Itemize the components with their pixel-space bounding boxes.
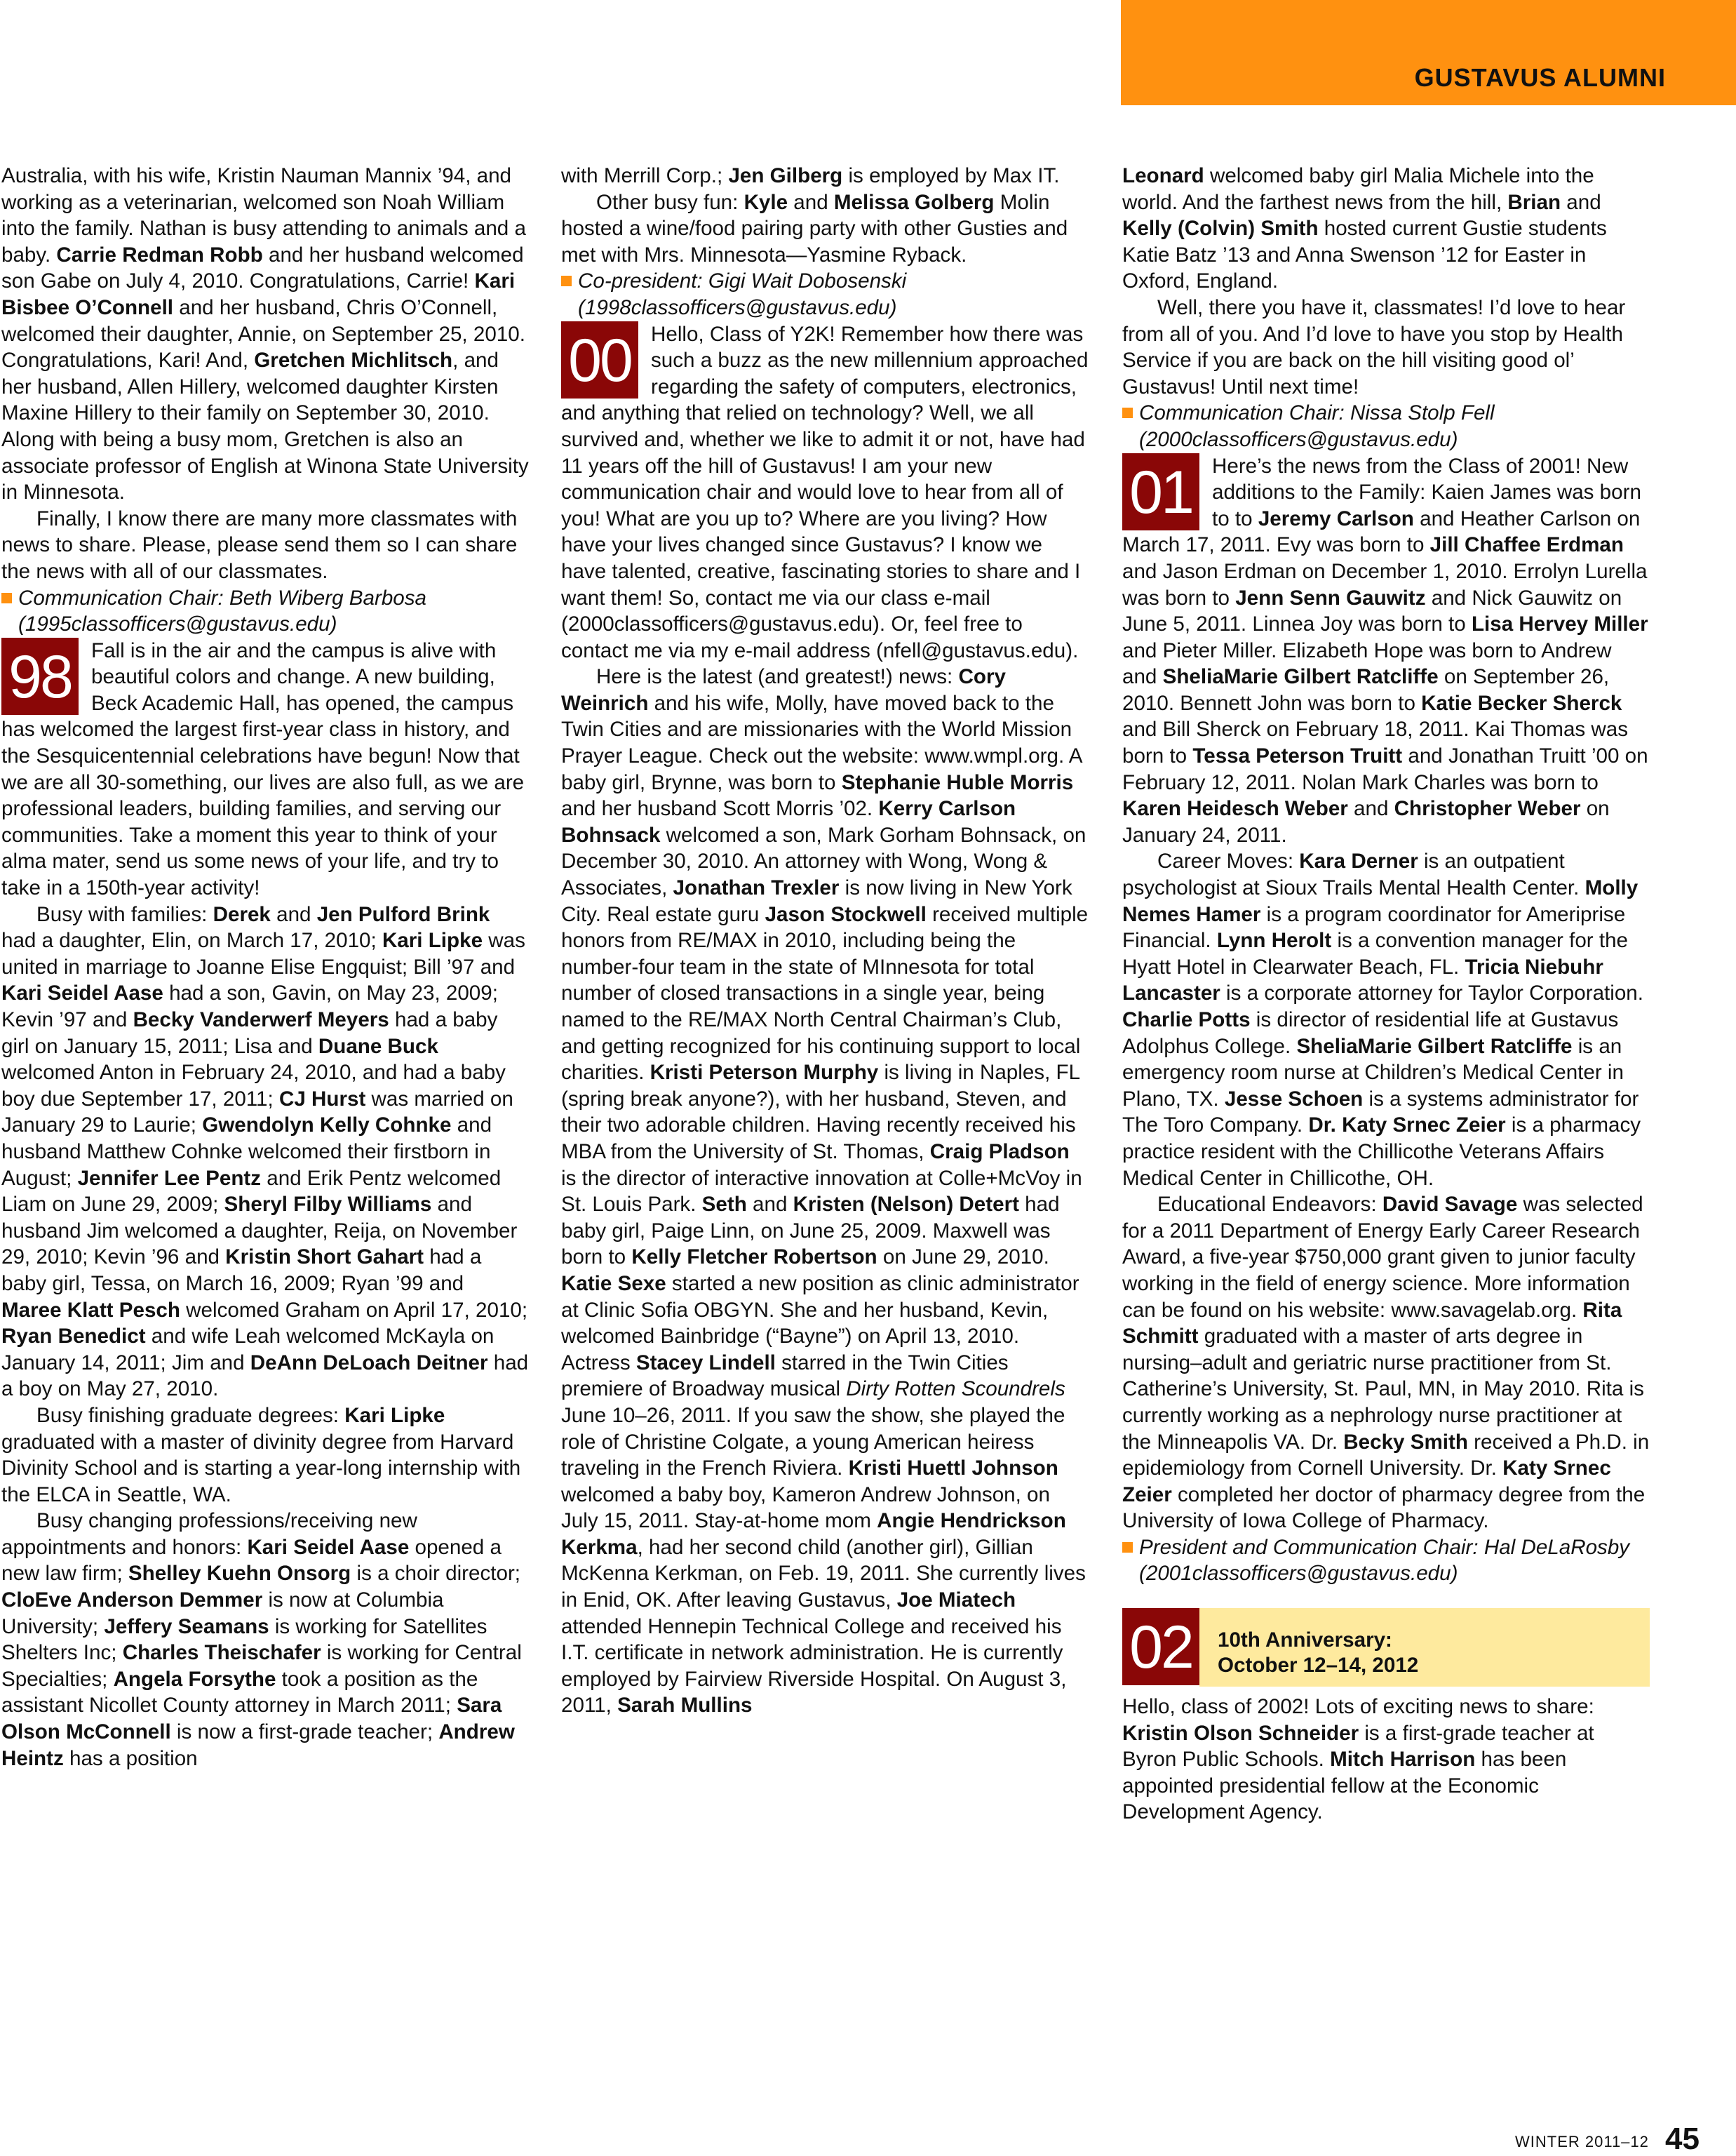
alumni-name: David Savage	[1382, 1193, 1517, 1216]
alumni-name: Jennifer Lee Pentz	[78, 1167, 262, 1190]
alumni-name: Sheryl Filby Williams	[224, 1193, 432, 1216]
alumni-name: Jeremy Carlson	[1258, 507, 1414, 530]
section-header-bar: GUSTAVUS ALUMNI	[1121, 0, 1736, 105]
news-paragraph: Here is the latest (and greatest!) news:…	[561, 664, 1089, 1719]
alumni-name: Shelley Kuehn Onsorg	[128, 1562, 351, 1585]
alumni-name: Katie Becker Sherck	[1421, 692, 1622, 715]
text-run: and	[747, 1193, 793, 1216]
alumni-name: Mitch Harrison	[1330, 1748, 1475, 1771]
alumni-name: Jen Gilberg	[728, 164, 842, 187]
text-run: President and Communication Chair: Hal D…	[1139, 1536, 1629, 1586]
text-run: Busy with families:	[36, 903, 213, 926]
alumni-name: Kelly (Colvin) Smith	[1122, 217, 1319, 240]
news-paragraph: Australia, with his wife, Kristin Nauman…	[1, 163, 529, 506]
alumni-name: Charlie Potts	[1122, 1008, 1251, 1031]
anniversary-dates: October 12–14, 2012	[1218, 1653, 1650, 1678]
news-paragraph: Well, there you have it, classmates! I’d…	[1122, 295, 1650, 400]
text-run: Well, there you have it, classmates! I’d…	[1122, 296, 1625, 399]
alumni-name: CloEve Anderson Demmer	[1, 1588, 262, 1612]
text-run: is a choir director;	[351, 1562, 520, 1585]
footer-issue-label: WINTER 2011–12	[1515, 2133, 1649, 2151]
alumni-name: Kristi Huettl Johnson	[849, 1457, 1058, 1480]
alumni-name: CJ Hurst	[279, 1087, 365, 1111]
text-run: had a daughter, Elin, on March 17, 2010;	[1, 929, 382, 952]
alumni-name: DeAnn DeLoach Deitner	[250, 1351, 488, 1374]
alumni-name: Charles Theischafer	[123, 1641, 321, 1664]
alumni-name: Angela Forsythe	[114, 1668, 276, 1691]
alumni-name: Becky Vanderwerf Meyers	[133, 1008, 389, 1031]
news-paragraph: Busy finishing graduate degrees: Kari Li…	[1, 1402, 529, 1508]
page-number: 45	[1665, 2122, 1700, 2156]
class-officer-credit: Communication Chair: Nissa Stolp Fell (2…	[1122, 400, 1650, 453]
text-run: and	[1561, 191, 1601, 214]
text-run: is now a first-grade teacher;	[171, 1720, 439, 1743]
class-section-intro: 00Hello, Class of Y2K! Remember how ther…	[561, 321, 1089, 664]
alumni-name: Seth	[702, 1193, 747, 1216]
class-year-badge: 01	[1122, 453, 1199, 530]
alumni-name: Jeffery Seamans	[104, 1615, 269, 1638]
class-year-badge: 98	[1, 638, 79, 715]
text-run: completed her doctor of pharmacy degree …	[1122, 1483, 1645, 1533]
alumni-name: Ryan Benedict	[1, 1325, 146, 1348]
alumni-name: Kristi Peterson Murphy	[650, 1061, 879, 1084]
class-section-intro: 01Here’s the news from the Class of 2001…	[1122, 453, 1650, 849]
news-paragraph: with Merrill Corp.; Jen Gilberg is emplo…	[561, 163, 1089, 189]
alumni-name: Stacey Lindell	[636, 1351, 776, 1374]
text-run: Career Moves:	[1157, 850, 1299, 873]
alumni-name: Sarah Mullins	[617, 1694, 752, 1717]
text-run: has a position	[64, 1747, 198, 1770]
alumni-name: Kyle	[744, 191, 788, 214]
news-paragraph: Leonard welcomed baby girl Malia Michele…	[1122, 163, 1650, 295]
column-middle: with Merrill Corp.; Jen Gilberg is emplo…	[561, 163, 1089, 1719]
alumni-name: Brian	[1507, 191, 1561, 214]
text-run: and	[1348, 797, 1394, 820]
alumni-name: Kristen (Nelson) Detert	[793, 1193, 1019, 1216]
alumni-name: Kelly Fletcher Robertson	[631, 1245, 877, 1268]
class-officer-credit: Communication Chair: Beth Wiberg Barbosa…	[1, 585, 529, 638]
text-run: and her husband Scott Morris ’02.	[561, 797, 878, 820]
alumni-name: Duane Buck	[318, 1035, 438, 1058]
alumni-name: Tessa Peterson Truitt	[1192, 744, 1402, 768]
alumni-name: Craig Pladson	[930, 1140, 1070, 1163]
text-run: graduated with a master of divinity degr…	[1, 1431, 520, 1506]
alumni-name: Stephanie Huble Morris	[842, 771, 1074, 794]
alumni-name: Jenn Senn Gauwitz	[1235, 587, 1425, 610]
alumni-name: Jesse Schoen	[1225, 1087, 1363, 1111]
anniversary-banner: 0210th Anniversary:October 12–14, 2012	[1122, 1608, 1650, 1687]
alumni-name: Kari Lipke	[382, 929, 483, 952]
text-run: Here is the latest (and greatest!) news:	[596, 665, 959, 688]
alumni-name: Jill Chaffee Erdman	[1430, 533, 1624, 556]
text-run: and	[271, 903, 317, 926]
text-run: Other busy fun:	[596, 191, 744, 214]
text-run: , and her husband, Allen Hillery, welcom…	[1, 349, 529, 504]
alumni-name: Gwendolyn Kelly Cohnke	[202, 1113, 451, 1137]
text-run: and	[788, 191, 834, 214]
alumni-name: Kristin Olson Schneider	[1122, 1722, 1359, 1745]
alumni-name: Joe Miatech	[897, 1588, 1016, 1612]
class-year-badge: 00	[561, 321, 638, 399]
text-run: Hello, Class of Y2K! Remember how there …	[561, 323, 1088, 662]
alumni-name: Melissa Golberg	[834, 191, 995, 214]
text-run: Communication Chair: Nissa Stolp Fell (2…	[1139, 401, 1495, 451]
news-paragraph: Busy changing professions/receiving new …	[1, 1508, 529, 1772]
anniversary-title: 10th Anniversary:	[1218, 1628, 1650, 1653]
alumni-name: SheliaMarie Gilbert Ratcliffe	[1296, 1035, 1572, 1058]
alumni-name: Kristin Short Gahart	[225, 1245, 424, 1268]
alumni-name: Becky Smith	[1343, 1431, 1468, 1454]
alumni-name: Maree Klatt Pesch	[1, 1299, 180, 1322]
text-run: with Merrill Corp.;	[561, 164, 728, 187]
alumni-name: Kari Seidel Aase	[247, 1536, 409, 1559]
text-run: is employed by Max IT.	[842, 164, 1059, 187]
alumni-name: Jason Stockwell	[765, 903, 927, 926]
alumni-name: Kari Seidel Aase	[1, 982, 163, 1005]
news-paragraph: Other busy fun: Kyle and Melissa Golberg…	[561, 189, 1089, 269]
alumni-name: SheliaMarie Gilbert Ratcliffe	[1163, 665, 1439, 688]
italic-title: Dirty Rotten Scoundrels	[846, 1377, 1065, 1400]
news-paragraph: Educational Endeavors: David Savage was …	[1122, 1191, 1650, 1534]
text-run: Communication Chair: Beth Wiberg Barbosa…	[18, 587, 426, 636]
class-section-intro: 98Fall is in the air and the campus is a…	[1, 638, 529, 902]
alumni-name: Dr. Katy Srnec Zeier	[1308, 1113, 1505, 1137]
column-left: Australia, with his wife, Kristin Nauman…	[1, 163, 529, 1772]
text-run: Educational Endeavors:	[1157, 1193, 1382, 1216]
text-run: is a corporate attorney for Taylor Corpo…	[1220, 982, 1643, 1005]
alumni-name: Derek	[213, 903, 271, 926]
alumni-name: Jonathan Trexler	[673, 876, 840, 899]
alumni-name: Leonard	[1122, 164, 1204, 187]
alumni-name: Katie Sexe	[561, 1272, 666, 1295]
alumni-name: Gretchen Michlitsch	[254, 349, 452, 372]
alumni-name: Christopher Weber	[1394, 797, 1581, 820]
text-run: Busy finishing graduate degrees:	[36, 1404, 344, 1427]
text-run: Co-president: Gigi Wait Dobosenski (1998…	[578, 269, 906, 319]
section-title: GUSTAVUS ALUMNI	[1415, 63, 1666, 93]
news-paragraph: Hello, class of 2002! Lots of exciting n…	[1122, 1694, 1650, 1826]
text-run: welcomed Graham on April 17, 2010;	[180, 1299, 527, 1322]
text-run: Hello, class of 2002! Lots of exciting n…	[1122, 1695, 1594, 1718]
alumni-name: Jen Pulford Brink	[317, 903, 490, 926]
text-run: received multiple honors from RE/MAX in …	[561, 903, 1088, 1085]
alumni-name: Carrie Redman Robb	[56, 243, 262, 267]
column-right: Leonard welcomed baby girl Malia Michele…	[1122, 163, 1650, 1826]
alumni-name: Lynn Herolt	[1217, 929, 1331, 952]
alumni-name: Karen Heidesch Weber	[1122, 797, 1348, 820]
news-paragraph: Career Moves: Kara Derner is an outpatie…	[1122, 848, 1650, 1191]
alumni-name: Kari Lipke	[344, 1404, 445, 1427]
text-run: Fall is in the air and the campus is ali…	[1, 639, 524, 899]
news-paragraph: Busy with families: Derek and Jen Pulfor…	[1, 902, 529, 1402]
alumni-name: Kara Derner	[1299, 850, 1418, 873]
class-officer-credit: President and Communication Chair: Hal D…	[1122, 1534, 1650, 1587]
class-year-badge: 02	[1122, 1608, 1199, 1685]
news-paragraph: Finally, I know there are many more clas…	[1, 506, 529, 585]
anniversary-text: 10th Anniversary:October 12–14, 2012	[1199, 1608, 1650, 1687]
text-run: Finally, I know there are many more clas…	[1, 507, 517, 583]
alumni-name: Lisa Hervey Miller	[1472, 612, 1648, 636]
text-run: on June 29, 2010.	[877, 1245, 1049, 1268]
class-officer-credit: Co-president: Gigi Wait Dobosenski (1998…	[561, 268, 1089, 321]
